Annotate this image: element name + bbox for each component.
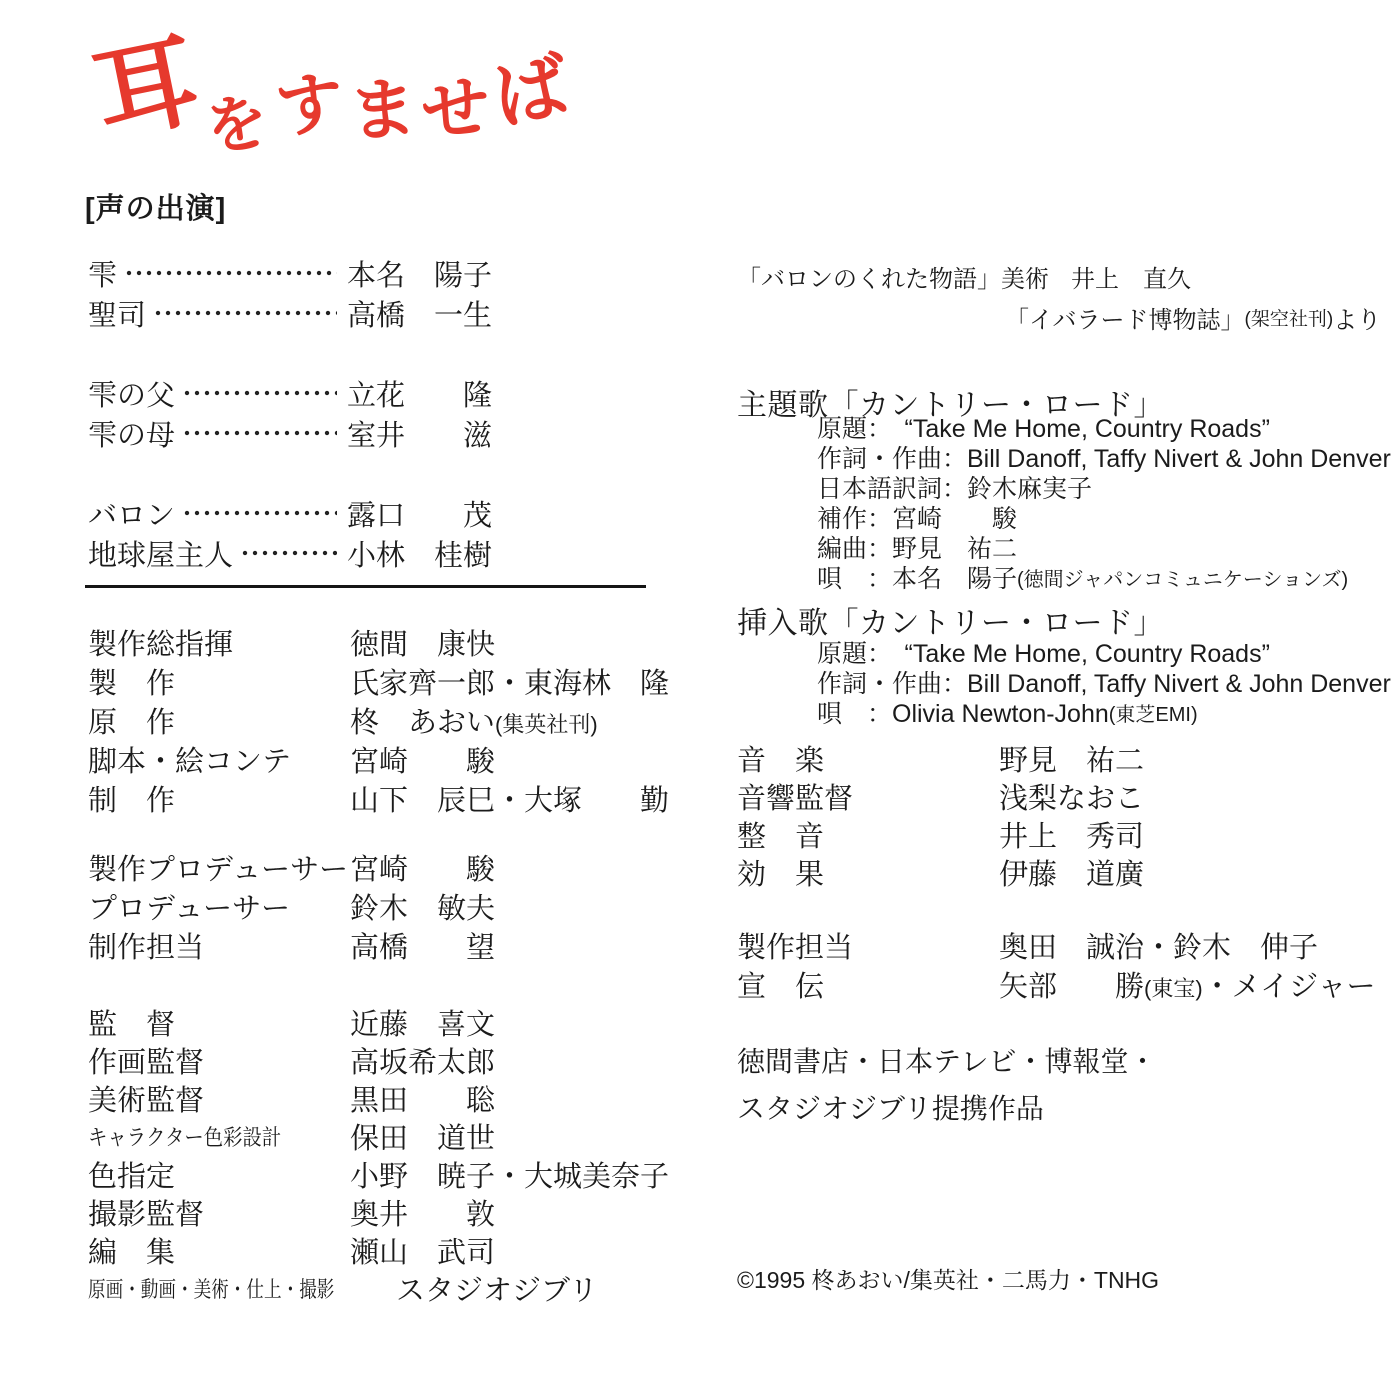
credit-value: 伊藤 道廣: [999, 852, 1144, 893]
song-detail: 唄 ：Olivia Newton-John(東芝EMI): [817, 697, 1391, 727]
cast-role: 聖司: [88, 293, 146, 334]
credit-role: 制作担当: [88, 925, 350, 966]
baron-art-credit: 「バロンのくれた物語」美術 井上 直久 「イバラード博物誌」 (架空社刊) より: [737, 256, 1381, 338]
baron-art-credit-line1: 「バロンのくれた物語」美術 井上 直久: [737, 256, 1381, 297]
credit-row: 編 集 瀬山 武司: [88, 1231, 669, 1269]
credit-value: 徳間 康快: [350, 622, 495, 663]
credit-value: 矢部 勝(東宝)・メイジャー: [999, 964, 1376, 1005]
cast-role: 雫の父: [88, 373, 175, 414]
cast-group: 雫の父 立花 隆 雫の母 室井 滋: [88, 373, 492, 453]
credit-value: 氏家齊一郎・東海林 隆: [350, 661, 669, 702]
credit-row: 原画・動画・美術・仕上・撮影 スタジオジブリ: [88, 1269, 669, 1307]
partnership-note: 徳間書店・日本テレビ・博報堂・ スタジオジブリ提携作品: [737, 1038, 1156, 1132]
credit-role: 製 作: [88, 661, 350, 702]
credit-value: 宮崎 駿: [350, 739, 495, 780]
credit-row: 整 音 井上 秀司: [737, 815, 1144, 853]
song-detail: 唄 ：本名 陽子(徳間ジャパンコミュニケーションズ): [817, 562, 1391, 592]
credit-row: 脚本・絵コンテ 宮崎 駿: [88, 740, 669, 779]
credit-value: 高橋 望: [350, 925, 495, 966]
credit-value: 野見 祐二: [999, 738, 1144, 779]
credit-row: 制作担当 高橋 望: [88, 926, 495, 965]
credit-row: 色指定 小野 暁子・大城美奈子: [88, 1155, 669, 1193]
cast-role: バロン: [88, 493, 175, 534]
cast-name: 本名 陽子: [347, 253, 492, 294]
credit-role: 美術監督: [88, 1078, 350, 1119]
credit-value: 井上 秀司: [999, 814, 1144, 855]
credit-row: 撮影監督 奥井 敦: [88, 1193, 669, 1231]
partnership-line2: スタジオジブリ提携作品: [737, 1085, 1156, 1132]
credit-value: 小野 暁子・大城美奈子: [350, 1154, 669, 1195]
insert-song-details: 原題： “Take Me Home, Country Roads” 作詞・作曲：…: [817, 637, 1391, 727]
credit-role: 製作担当: [737, 925, 999, 966]
cast-group: 雫 本名 陽子 聖司 高橋 一生: [88, 253, 492, 333]
credit-row: 監 督 近藤 喜文: [88, 1003, 669, 1041]
credit-row: 製作プロデューサー 宮崎 駿: [88, 848, 495, 887]
title-char: ま: [347, 75, 420, 146]
dot-leader: [241, 549, 337, 557]
staff-group-direction: 監 督 近藤 喜文 作画監督 高坂希太郎 美術監督 黒田 聡 キャラクター色彩設…: [88, 1003, 669, 1307]
credit-value: 黒田 聡: [350, 1078, 495, 1119]
cast-name: 小林 桂樹: [347, 533, 492, 574]
credit-role: 編 集: [88, 1230, 350, 1271]
song-detail-note: (徳間ジャパンコミュニケーションズ): [1017, 563, 1348, 592]
baron-source-note: (架空社刊): [1245, 304, 1334, 331]
credit-role: 原 作: [88, 700, 350, 741]
credit-value: 瀬山 武司: [350, 1230, 495, 1271]
credit-row: 製作総指揮 徳間 康快: [88, 623, 669, 662]
credit-row: 原 作 柊 あおい(集英社刊): [88, 701, 669, 740]
song-detail: 日本語訳詞：鈴木麻実子: [817, 472, 1391, 502]
baron-source-title: 「イバラード博物誌」: [1005, 300, 1245, 335]
credit-value: 奥井 敦: [350, 1192, 495, 1233]
cast-name: 立花 隆: [347, 373, 492, 414]
credit-row: プロデューサー 鈴木 敏夫: [88, 887, 495, 926]
credit-row: 音 楽 野見 祐二: [737, 739, 1144, 777]
cast-role: 雫の母: [88, 413, 175, 454]
cast-row: 聖司 高橋 一生: [88, 293, 492, 333]
cast-role: 雫: [88, 253, 117, 294]
section-divider: [85, 585, 646, 588]
credit-value: 浅梨なおこ: [999, 776, 1144, 817]
cast-row: 雫 本名 陽子: [88, 253, 492, 293]
song-detail: 原題： “Take Me Home, Country Roads”: [817, 412, 1391, 442]
copyright-notice: ©1995 柊あおい/集英社・二馬力・TNHG: [737, 1262, 1159, 1295]
title-char: す: [272, 68, 348, 142]
credit-role: 色指定: [88, 1154, 350, 1195]
cast-row: 地球屋主人 小林 桂樹: [88, 533, 492, 573]
credit-note: (東宝): [1144, 976, 1203, 1001]
cast-row: 雫の母 室井 滋: [88, 413, 492, 453]
credit-row: 製作担当 奥田 誠治・鈴木 伸子: [737, 926, 1376, 965]
credit-value: 高坂希太郎: [350, 1040, 495, 1081]
credit-row: キャラクター色彩設計 保田 道世: [88, 1117, 669, 1155]
credit-role: 宣 伝: [737, 964, 999, 1005]
cast-row: バロン 露口 茂: [88, 493, 492, 533]
theme-song-details: 原題： “Take Me Home, Country Roads” 作詞・作曲：…: [817, 412, 1391, 592]
credit-value: 山下 辰巳・大塚 勤: [350, 778, 669, 819]
cast-section-header: [声の出演]: [85, 186, 226, 227]
credit-role: プロデューサー: [88, 886, 350, 927]
credit-role: 監 督: [88, 1002, 350, 1043]
title-char: せ: [419, 73, 494, 146]
credit-value: 柊 あおい(集英社刊): [350, 700, 598, 741]
credit-role: キャラクター色彩設計: [88, 1121, 319, 1152]
credit-role: 音響監督: [737, 776, 999, 817]
cast-name: 室井 滋: [347, 413, 492, 454]
dot-leader: [154, 309, 337, 317]
credit-role: 制 作: [88, 778, 350, 819]
song-detail: 補作：宮崎 駿: [817, 502, 1391, 532]
credit-value: 鈴木 敏夫: [350, 886, 495, 927]
song-detail: 作詞・作曲：Bill Danoff, Taffy Nivert & John D…: [817, 442, 1391, 472]
staff-group-sound: 音 楽 野見 祐二 音響監督 浅梨なおこ 整 音 井上 秀司 効 果 伊藤 道廣: [737, 739, 1144, 891]
film-title-logo: 耳をすませば: [92, 13, 571, 136]
song-detail: 作詞・作曲：Bill Danoff, Taffy Nivert & John D…: [817, 667, 1391, 697]
title-char: を: [202, 91, 274, 161]
staff-group-production: 製作総指揮 徳間 康快 製 作 氏家齊一郎・東海林 隆 原 作 柊 あおい(集英…: [88, 623, 669, 818]
credits-page: { "palette": { "accent_red": "#e6392d", …: [0, 0, 1400, 1400]
baron-artist-name: 井上 直久: [1071, 259, 1191, 294]
song-detail-note: (東芝EMI): [1109, 698, 1198, 727]
song-detail: 編曲：野見 祐二: [817, 532, 1391, 562]
credit-value: 奥田 誠治・鈴木 伸子: [999, 925, 1318, 966]
credit-role: 整 音: [737, 814, 999, 855]
baron-art-label: 「バロンのくれた物語」美術: [737, 259, 1049, 294]
credit-row: 宣 伝 矢部 勝(東宝)・メイジャー: [737, 965, 1376, 1004]
title-char: ば: [488, 49, 575, 135]
credit-role: 効 果: [737, 852, 999, 893]
credit-role: 撮影監督: [88, 1192, 350, 1233]
credit-value: 保田 道世: [350, 1116, 495, 1157]
cast-row: 雫の父 立花 隆: [88, 373, 492, 413]
credit-row: 制 作 山下 辰巳・大塚 勤: [88, 779, 669, 818]
title-char: 耳: [86, 28, 208, 149]
credit-value: スタジオジブリ: [396, 1268, 598, 1309]
credit-role: 作画監督: [88, 1040, 350, 1081]
credit-role: 音 楽: [737, 738, 999, 779]
dot-leader: [183, 389, 337, 397]
credit-role: 製作プロデューサー: [88, 847, 350, 888]
dot-leader: [125, 269, 337, 277]
cast-name: 露口 茂: [347, 493, 492, 534]
credit-row: 作画監督 高坂希太郎: [88, 1041, 669, 1079]
credit-row: 製 作 氏家齊一郎・東海林 隆: [88, 662, 669, 701]
cast-group: バロン 露口 茂 地球屋主人 小林 桂樹: [88, 493, 492, 573]
credit-row: 効 果 伊藤 道廣: [737, 853, 1144, 891]
credit-value: 近藤 喜文: [350, 1002, 495, 1043]
credit-row: 音響監督 浅梨なおこ: [737, 777, 1144, 815]
credit-role: 製作総指揮: [88, 622, 350, 663]
dot-leader: [183, 429, 337, 437]
cast-name: 高橋 一生: [347, 293, 492, 334]
song-detail: 原題： “Take Me Home, Country Roads”: [817, 637, 1391, 667]
partnership-line1: 徳間書店・日本テレビ・博報堂・: [737, 1038, 1156, 1085]
baron-source-suffix: より: [1333, 300, 1381, 335]
staff-group-publicity: 製作担当 奥田 誠治・鈴木 伸子 宣 伝 矢部 勝(東宝)・メイジャー: [737, 926, 1376, 1004]
staff-group-producers: 製作プロデューサー 宮崎 駿 プロデューサー 鈴木 敏夫 制作担当 高橋 望: [88, 848, 495, 965]
cast-list: 雫 本名 陽子 聖司 高橋 一生 雫の父 立花 隆 雫の母 室井 滋 バロン 露…: [88, 253, 492, 613]
baron-art-credit-line2: 「イバラード博物誌」 (架空社刊) より: [737, 297, 1381, 338]
credit-note: (集英社刊): [495, 712, 598, 737]
dot-leader: [183, 509, 337, 517]
credit-role: 脚本・絵コンテ: [88, 739, 350, 780]
credit-role: 原画・動画・美術・仕上・撮影: [88, 1273, 334, 1304]
credit-value: 宮崎 駿: [350, 847, 495, 888]
cast-role: 地球屋主人: [88, 533, 233, 574]
credit-row: 美術監督 黒田 聡: [88, 1079, 669, 1117]
